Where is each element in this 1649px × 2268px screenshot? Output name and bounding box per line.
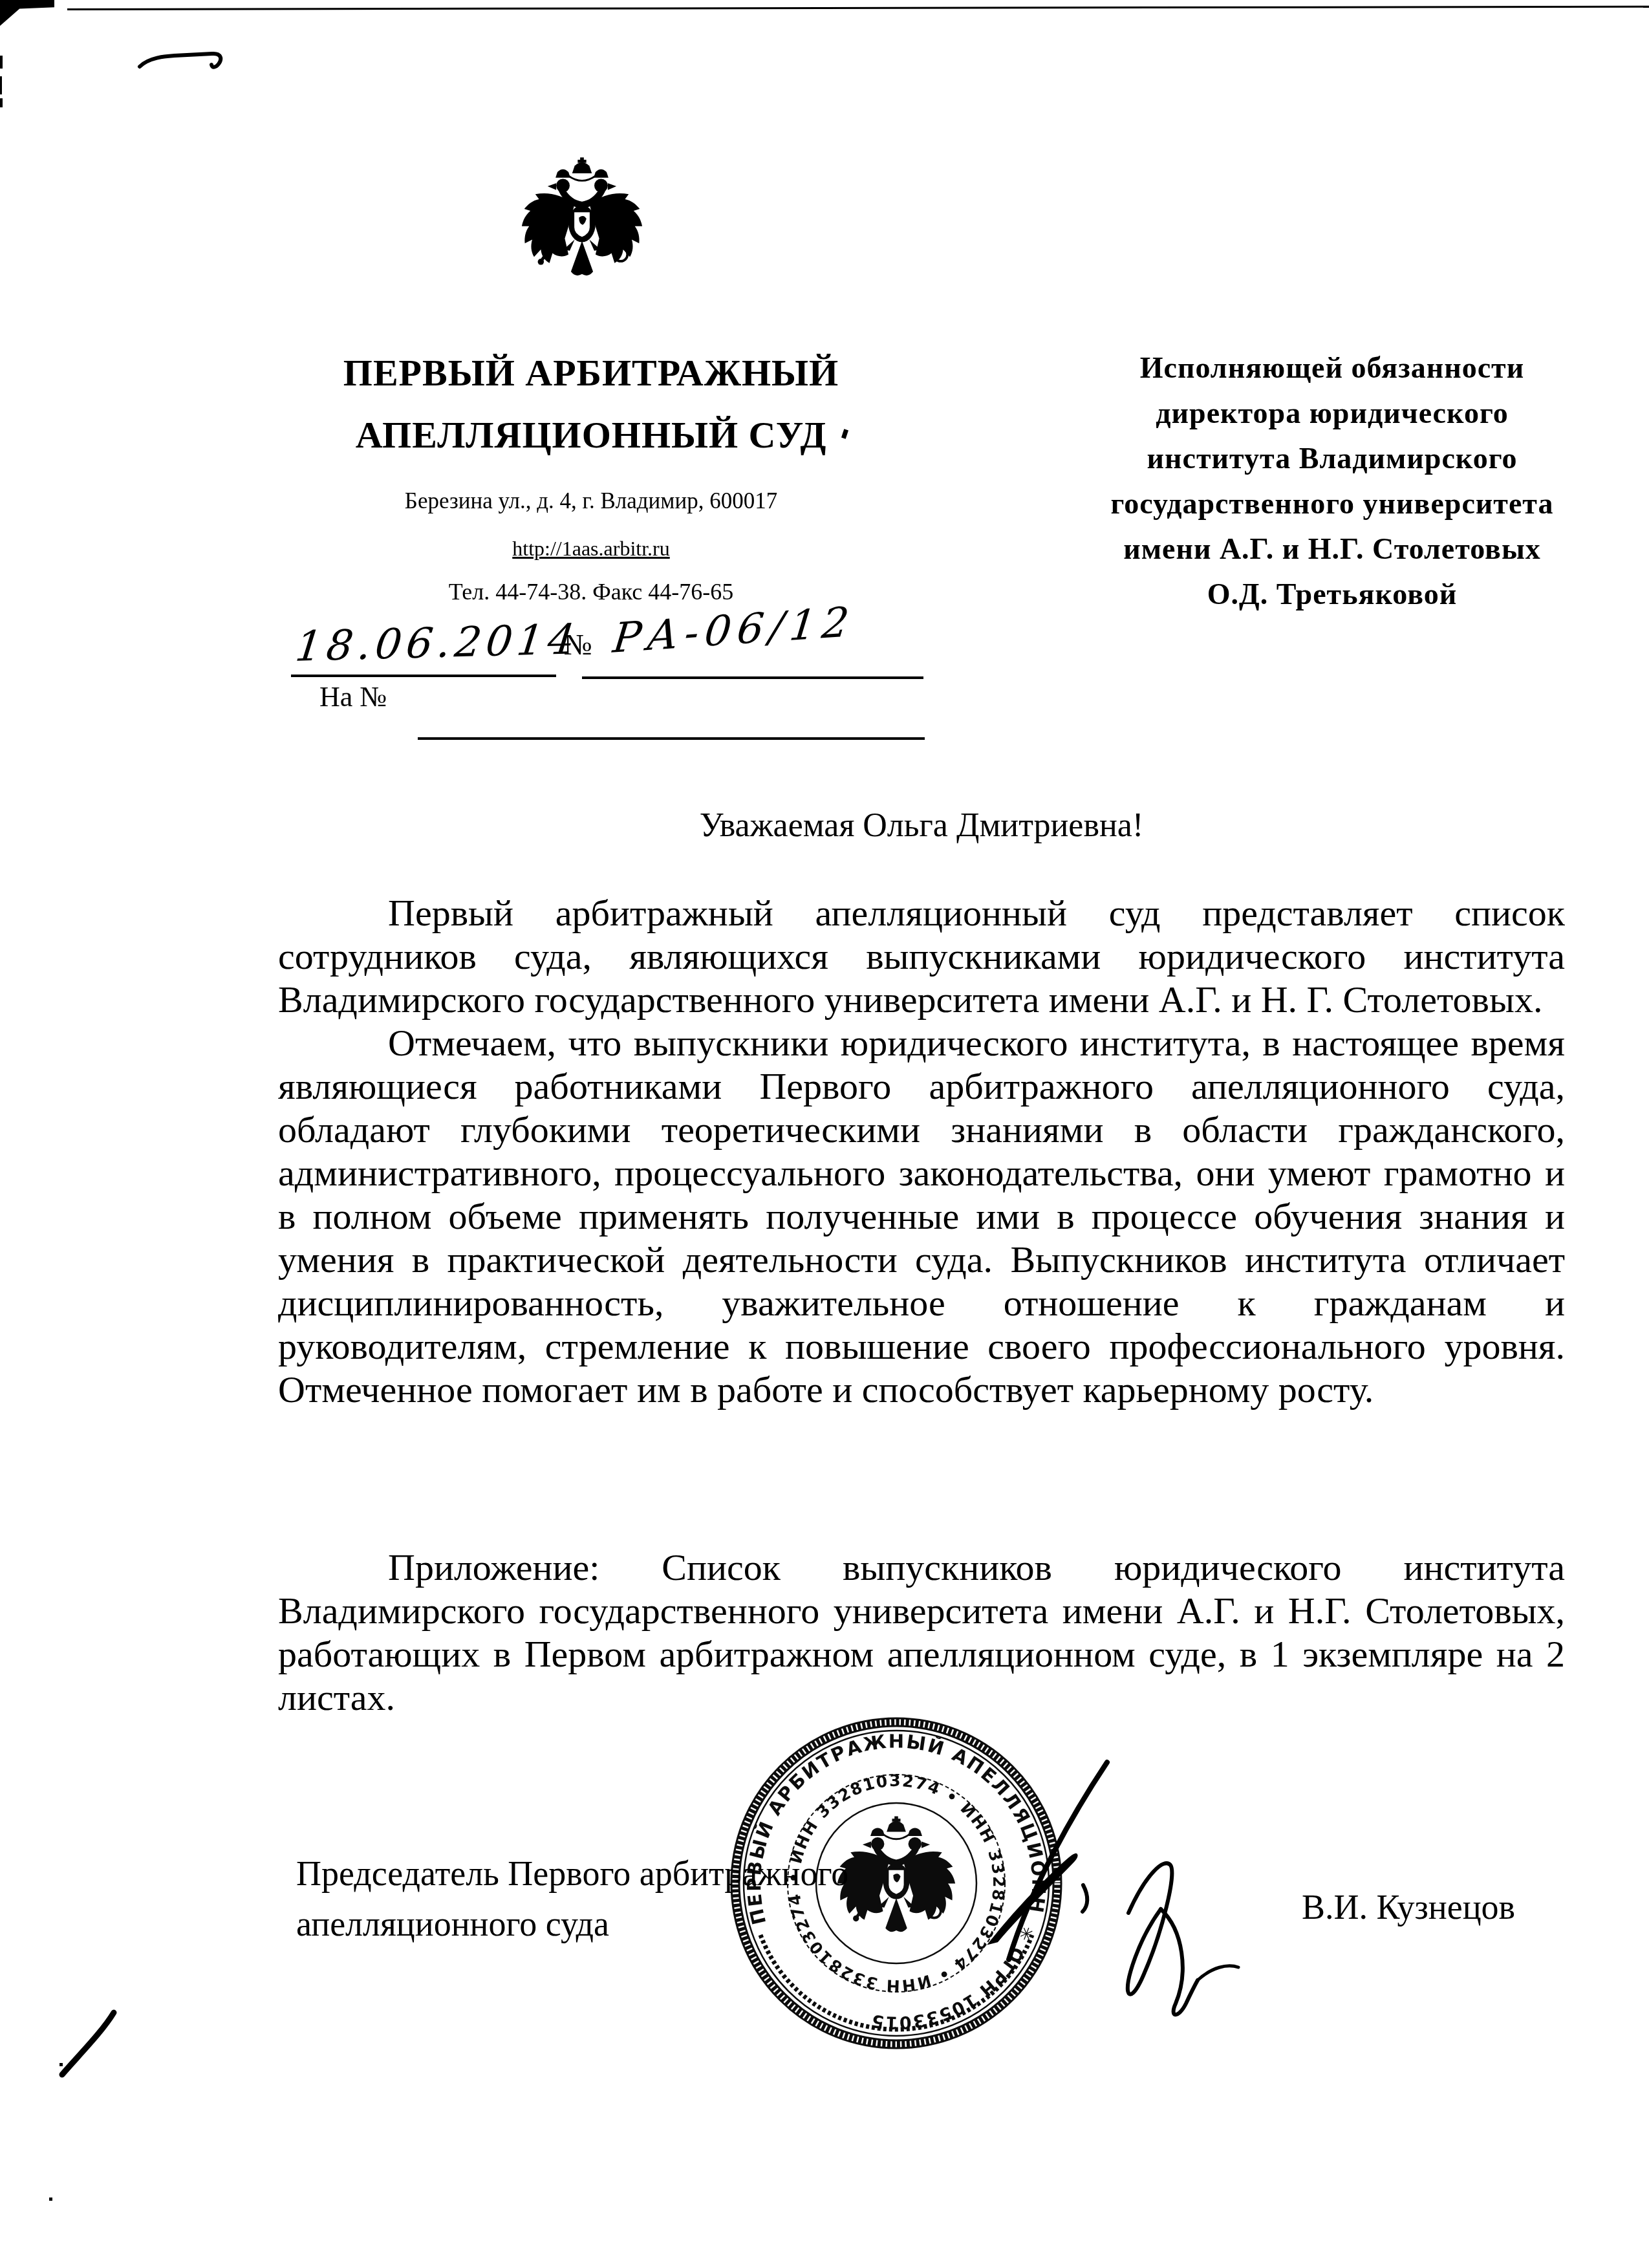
addressee-line: директора юридического bbox=[1067, 391, 1597, 436]
outgoing-number-handwritten: РА-06/12 bbox=[610, 598, 857, 663]
handwritten-bracket-mark bbox=[136, 50, 233, 76]
scan-corner-artifact bbox=[0, 0, 54, 26]
addressee-line: института Владимирского bbox=[1067, 436, 1597, 481]
addressee-line: О.Д. Третьяковой bbox=[1067, 572, 1597, 617]
addressee-line: имени А.Г. и Н.Г. Столетовых bbox=[1067, 526, 1597, 572]
scan-edge-tick bbox=[0, 56, 3, 69]
reply-to-label: На № bbox=[319, 680, 387, 713]
date-underline bbox=[291, 675, 556, 677]
letter-body: Первый арбитражный апелляционный суд пре… bbox=[278, 891, 1565, 1411]
attachment-paragraph: Приложение: Список выпускников юридическ… bbox=[278, 1546, 1565, 1719]
addressee-line: государственного университета bbox=[1067, 481, 1597, 526]
addressee-line: Исполняющей обязанности bbox=[1067, 345, 1597, 391]
scan-speck bbox=[49, 2198, 52, 2201]
addressee-block: Исполняющей обязанности директора юридич… bbox=[1067, 345, 1597, 617]
number-underline bbox=[582, 676, 923, 679]
body-paragraph-1: Первый арбитражный апелляционный суд пре… bbox=[278, 891, 1565, 1021]
handwritten-signature-icon bbox=[970, 1740, 1293, 2044]
court-website: http://1aas.arbitr.ru bbox=[228, 535, 954, 561]
scan-edge-tick bbox=[0, 76, 2, 94]
scanned-letter-page: ПЕРВЫЙ АРБИТРАЖНЫЙ АПЕЛЛЯЦИОННЫЙ СУД Бер… bbox=[0, 0, 1649, 2268]
letterhead: ПЕРВЫЙ АРБИТРАЖНЫЙ АПЕЛЛЯЦИОННЫЙ СУД Бер… bbox=[228, 352, 954, 605]
pen-mark bbox=[52, 1998, 129, 2082]
number-sign-label: № bbox=[564, 627, 592, 662]
scan-edge-tick bbox=[0, 98, 3, 107]
reply-to-underline bbox=[418, 737, 925, 740]
body-paragraph-2: Отмечаем, что выпускники юридического ин… bbox=[278, 1021, 1565, 1411]
signer-name: В.И. Кузнецов bbox=[1302, 1887, 1515, 1927]
court-name-line2: АПЕЛЛЯЦИОННЫЙ СУД bbox=[228, 415, 954, 456]
stamp-center-eagle-icon bbox=[837, 1816, 955, 1932]
salutation: Уважаемая Ольга Дмитриевна! bbox=[278, 806, 1565, 845]
outgoing-date-handwritten: 18.06.2014 bbox=[293, 616, 581, 671]
scan-line-artifact bbox=[67, 6, 1649, 10]
court-address: Березина ул., д. 4, г. Владимир, 600017 bbox=[228, 488, 954, 515]
attachment-section: Приложение: Список выпускников юридическ… bbox=[278, 1546, 1565, 1719]
court-name-line1: ПЕРВЫЙ АРБИТРАЖНЫЙ bbox=[228, 352, 954, 394]
coat-of-arms-icon bbox=[521, 155, 643, 290]
